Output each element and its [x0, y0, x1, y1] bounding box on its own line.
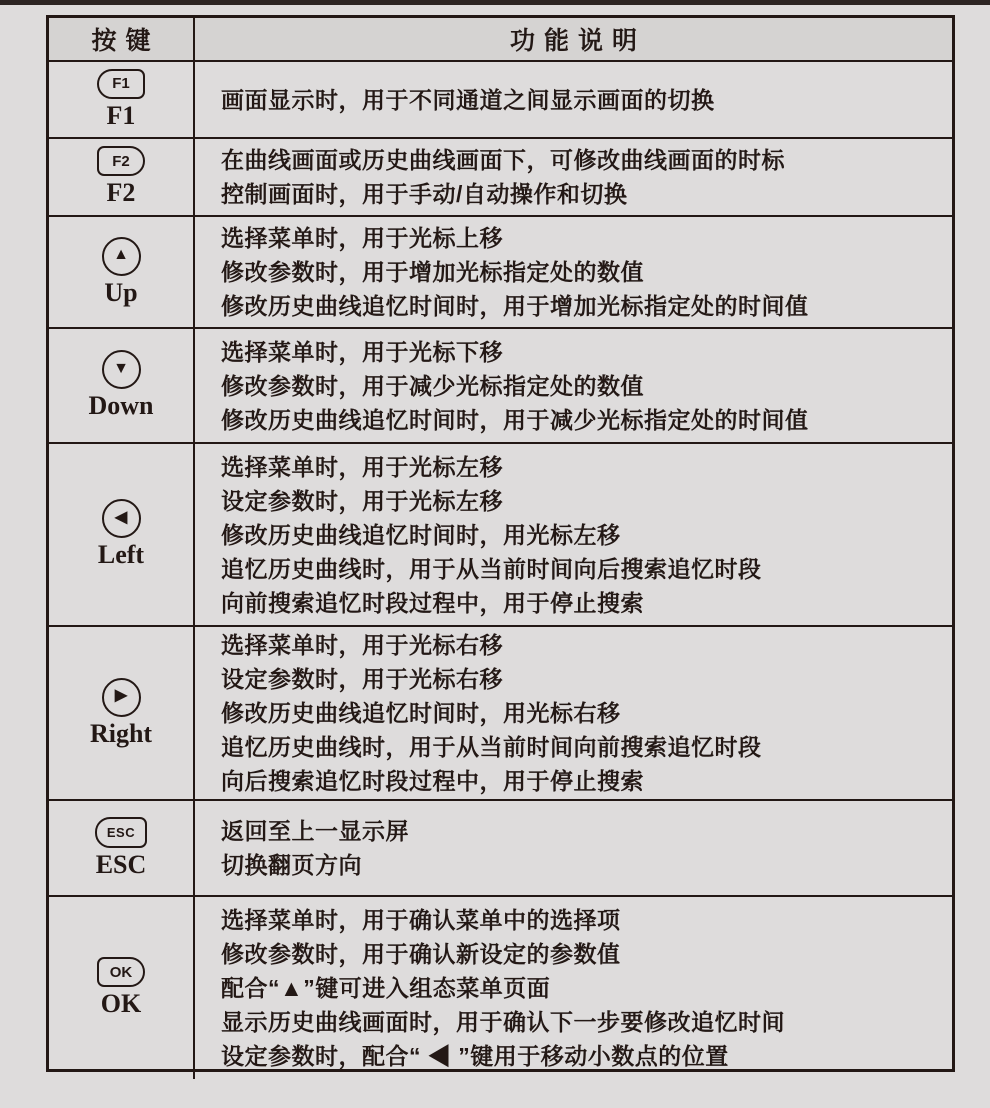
left-desc-line: 选择菜单时，用于光标左移	[221, 450, 942, 484]
ok-desc-line: 显示历史曲线画面时，用于确认下一步要修改追忆时间	[221, 1005, 942, 1039]
esc-desc-line: 返回至上一显示屏	[221, 814, 942, 848]
left-key-label: Left	[98, 541, 144, 570]
left-desc-line: 追忆历史曲线时，用于从当前时间向后搜索追忆时段	[221, 552, 942, 586]
up-key-icon: ▲	[102, 237, 141, 276]
up-key-label: Up	[104, 279, 137, 308]
f2-desc-line: 控制画面时，用于手动/自动操作和切换	[221, 177, 942, 211]
f2-key-icon: F2	[97, 146, 145, 176]
down-arrow-icon: ▼	[113, 361, 129, 377]
ok-desc-line: 修改参数时，用于确认新设定的参数值	[221, 937, 942, 971]
table-row-up: ▲ Up 选择菜单时，用于光标上移 修改参数时，用于增加光标指定处的数值 修改历…	[49, 217, 952, 329]
f1-key-icon: F1	[97, 69, 145, 99]
header-desc-column: 功能说明	[195, 18, 952, 60]
table-row-ok: OK OK 选择菜单时，用于确认菜单中的选择项 修改参数时，用于确认新设定的参数…	[49, 897, 952, 1079]
f2-key-label: F2	[107, 179, 136, 208]
ok-key-icon: OK	[97, 957, 145, 987]
esc-key-label: ESC	[96, 851, 147, 880]
f1-desc-line: 画面显示时，用于不同通道之间显示画面的切换	[221, 83, 942, 117]
table-row-f2: F2 F2 在曲线画面或历史曲线画面下，可修改曲线画面的时标 控制画面时，用于手…	[49, 139, 952, 217]
table-row-left: ◀ Left 选择菜单时，用于光标左移 设定参数时，用于光标左移 修改历史曲线追…	[49, 444, 952, 627]
f1-key-label: F1	[107, 102, 136, 131]
down-key-label: Down	[88, 392, 153, 421]
ok-desc-line: 设定参数时，配合“ ◀ ”键用于移动小数点的位置	[221, 1039, 942, 1073]
right-key-icon: ▶	[102, 678, 141, 717]
esc-key-icon: ESC	[95, 817, 147, 848]
right-key-label: Right	[90, 720, 152, 749]
left-desc-line: 修改历史曲线追忆时间时，用光标左移	[221, 518, 942, 552]
table-row-down: ▼ Down 选择菜单时，用于光标下移 修改参数时，用于减少光标指定处的数值 修…	[49, 329, 952, 444]
ok-desc-line: 配合“▲”键可进入组态菜单页面	[221, 971, 942, 1005]
up-desc-line: 选择菜单时，用于光标上移	[221, 221, 942, 255]
up-arrow-icon: ▲	[113, 247, 129, 263]
header-key-column: 按键	[49, 18, 195, 60]
table-row-esc: ESC ESC 返回至上一显示屏 切换翻页方向	[49, 801, 952, 897]
left-arrow-icon: ◀	[115, 510, 127, 526]
f2-desc-line: 在曲线画面或历史曲线画面下，可修改曲线画面的时标	[221, 143, 942, 177]
esc-desc-line: 切换翻页方向	[221, 848, 942, 882]
up-desc-line: 修改参数时，用于增加光标指定处的数值	[221, 255, 942, 289]
table-row-right: ▶ Right 选择菜单时，用于光标右移 设定参数时，用于光标右移 修改历史曲线…	[49, 627, 952, 801]
table-row-f1: F1 F1 画面显示时，用于不同通道之间显示画面的切换	[49, 62, 952, 139]
left-key-icon: ◀	[102, 499, 141, 538]
ok-desc-line: 选择菜单时，用于确认菜单中的选择项	[221, 903, 942, 937]
key-function-table: 按键 功能说明 F1 F1 画面显示时，用于不同通道之间显示画面的切换 F2 F…	[46, 15, 955, 1072]
up-desc-line: 修改历史曲线追忆时间时，用于增加光标指定处的时间值	[221, 289, 942, 323]
left-desc-line: 设定参数时，用于光标左移	[221, 484, 942, 518]
left-desc-line: 向前搜索追忆时段过程中，用于停止搜索	[221, 586, 942, 620]
right-arrow-icon: ▶	[115, 688, 127, 704]
page-top-edge-bar	[0, 0, 990, 5]
down-desc-line: 修改历史曲线追忆时间时，用于减少光标指定处的时间值	[221, 403, 942, 437]
down-desc-line: 修改参数时，用于减少光标指定处的数值	[221, 369, 942, 403]
ok-key-label: OK	[101, 990, 141, 1019]
down-key-icon: ▼	[102, 350, 141, 389]
right-desc-line: 追忆历史曲线时，用于从当前时间向前搜索追忆时段	[221, 730, 942, 764]
down-desc-line: 选择菜单时，用于光标下移	[221, 335, 942, 369]
right-desc-line: 向后搜索追忆时段过程中，用于停止搜索	[221, 764, 942, 798]
right-desc-line: 修改历史曲线追忆时间时，用光标右移	[221, 696, 942, 730]
table-header-row: 按键 功能说明	[49, 18, 952, 62]
right-desc-line: 选择菜单时，用于光标右移	[221, 628, 942, 662]
right-desc-line: 设定参数时，用于光标右移	[221, 662, 942, 696]
